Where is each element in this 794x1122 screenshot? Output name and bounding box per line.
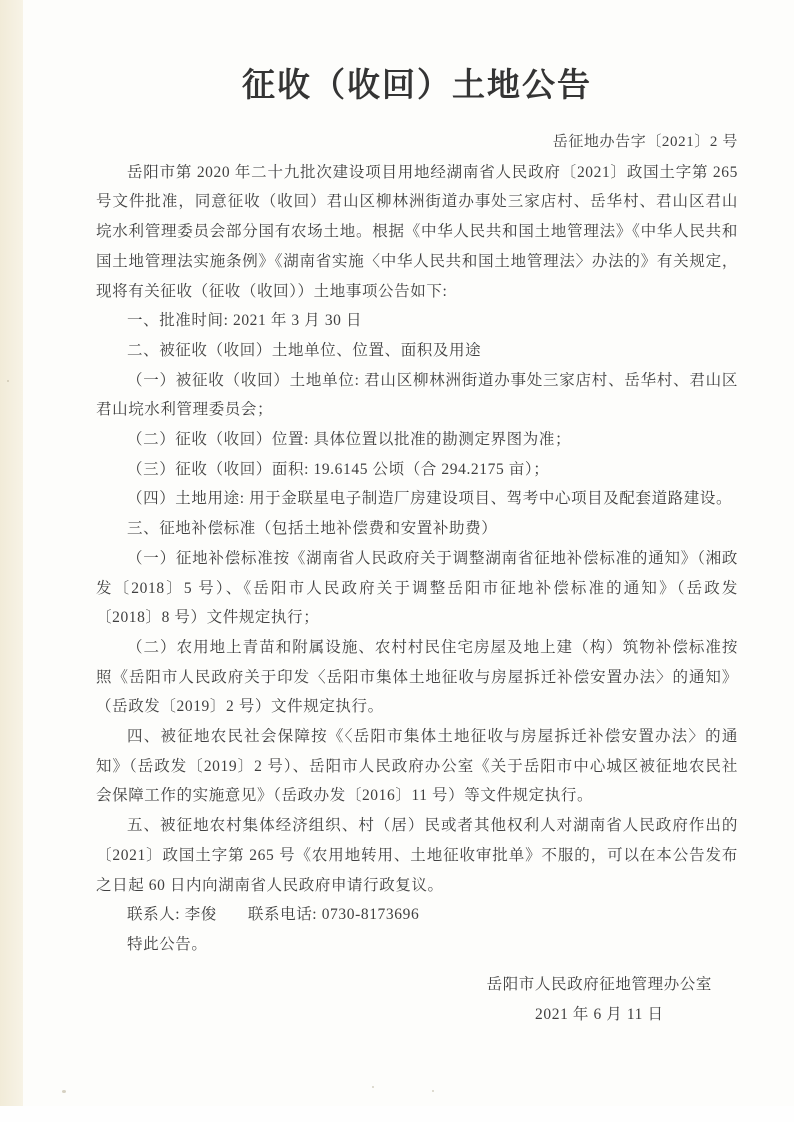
contact-phone-label: 联系电话: bbox=[248, 906, 322, 923]
paragraph-appeal-rights: 五、被征地农村集体经济组织、村（居）民或者其他权利人对湖南省人民政府作出的〔20… bbox=[96, 811, 738, 900]
paragraph-approval-time: 一、批准时间: 2021 年 3 月 30 日 bbox=[96, 306, 738, 336]
closing-line: 特此公告。 bbox=[96, 930, 738, 960]
contact-line: 联系人: 李俊联系电话: 0730-8173696 bbox=[96, 900, 738, 930]
contact-phone-number: 0730-8173696 bbox=[322, 906, 420, 923]
scan-speck bbox=[372, 1086, 374, 1088]
paragraph-land-use: （四）土地用途: 用于金联星电子制造厂房建设项目、驾考中心项目及配套道路建设。 bbox=[96, 484, 738, 514]
page-title: 征收（收回）土地公告 bbox=[96, 66, 738, 106]
scan-speck bbox=[432, 1090, 434, 1092]
paragraph-land-units: （一）被征收（收回）土地单位: 君山区柳林洲街道办事处三家店村、岳华村、君山区君… bbox=[96, 366, 738, 425]
paragraph-compensation-standard: （一）征地补偿标准按《湖南省人民政府关于调整湖南省征地补偿标准的通知》（湘政发〔… bbox=[96, 544, 738, 633]
contact-person-label: 联系人: bbox=[127, 906, 185, 923]
doc-number: 岳征地办告字〔2021〕2 号 bbox=[96, 128, 738, 158]
scan-bottom-strip bbox=[0, 1106, 794, 1122]
paragraph-crops-buildings: （二）农用地上青苗和附属设施、农村村民住宅房屋及地上建（构）筑物补偿标准按照《岳… bbox=[96, 633, 738, 722]
scan-speck bbox=[7, 380, 9, 382]
signature-date: 2021 年 6 月 11 日 bbox=[487, 1000, 712, 1030]
signature-block: 岳阳市人民政府征地管理办公室 2021 年 6 月 11 日 bbox=[487, 970, 712, 1030]
paragraph-intro: 岳阳市第 2020 年二十九批次建设项目用地经湖南省人民政府〔2021〕政国土字… bbox=[96, 158, 738, 307]
paragraph-location: （二）征收（收回）位置: 具体位置以批准的勘测定界图为准； bbox=[96, 425, 738, 455]
document-page: 征收（收回）土地公告 岳征地办告字〔2021〕2 号 岳阳市第 2020 年二十… bbox=[0, 0, 794, 1122]
paragraph-area: （三）征收（收回）面积: 19.6145 公顷（合 294.2175 亩）； bbox=[96, 455, 738, 485]
document-body: 岳阳市第 2020 年二十九批次建设项目用地经湖南省人民政府〔2021〕政国土字… bbox=[96, 158, 738, 960]
contact-person-name: 李俊 bbox=[185, 906, 217, 923]
paragraph-section3-heading: 三、征地补偿标准（包括土地补偿费和安置补助费） bbox=[96, 514, 738, 544]
scan-edge-strip bbox=[0, 0, 23, 1106]
paragraph-section2-heading: 二、被征收（收回）土地单位、位置、面积及用途 bbox=[96, 336, 738, 366]
scan-speck bbox=[62, 1090, 66, 1093]
document-content: 征收（收回）土地公告 岳征地办告字〔2021〕2 号 岳阳市第 2020 年二十… bbox=[96, 60, 738, 1030]
signature-org: 岳阳市人民政府征地管理办公室 bbox=[487, 970, 712, 1000]
paragraph-social-security: 四、被征地农民社会保障按《〈岳阳市集体土地征收与房屋拆迁补偿安置办法〉的通知》（… bbox=[96, 722, 738, 811]
